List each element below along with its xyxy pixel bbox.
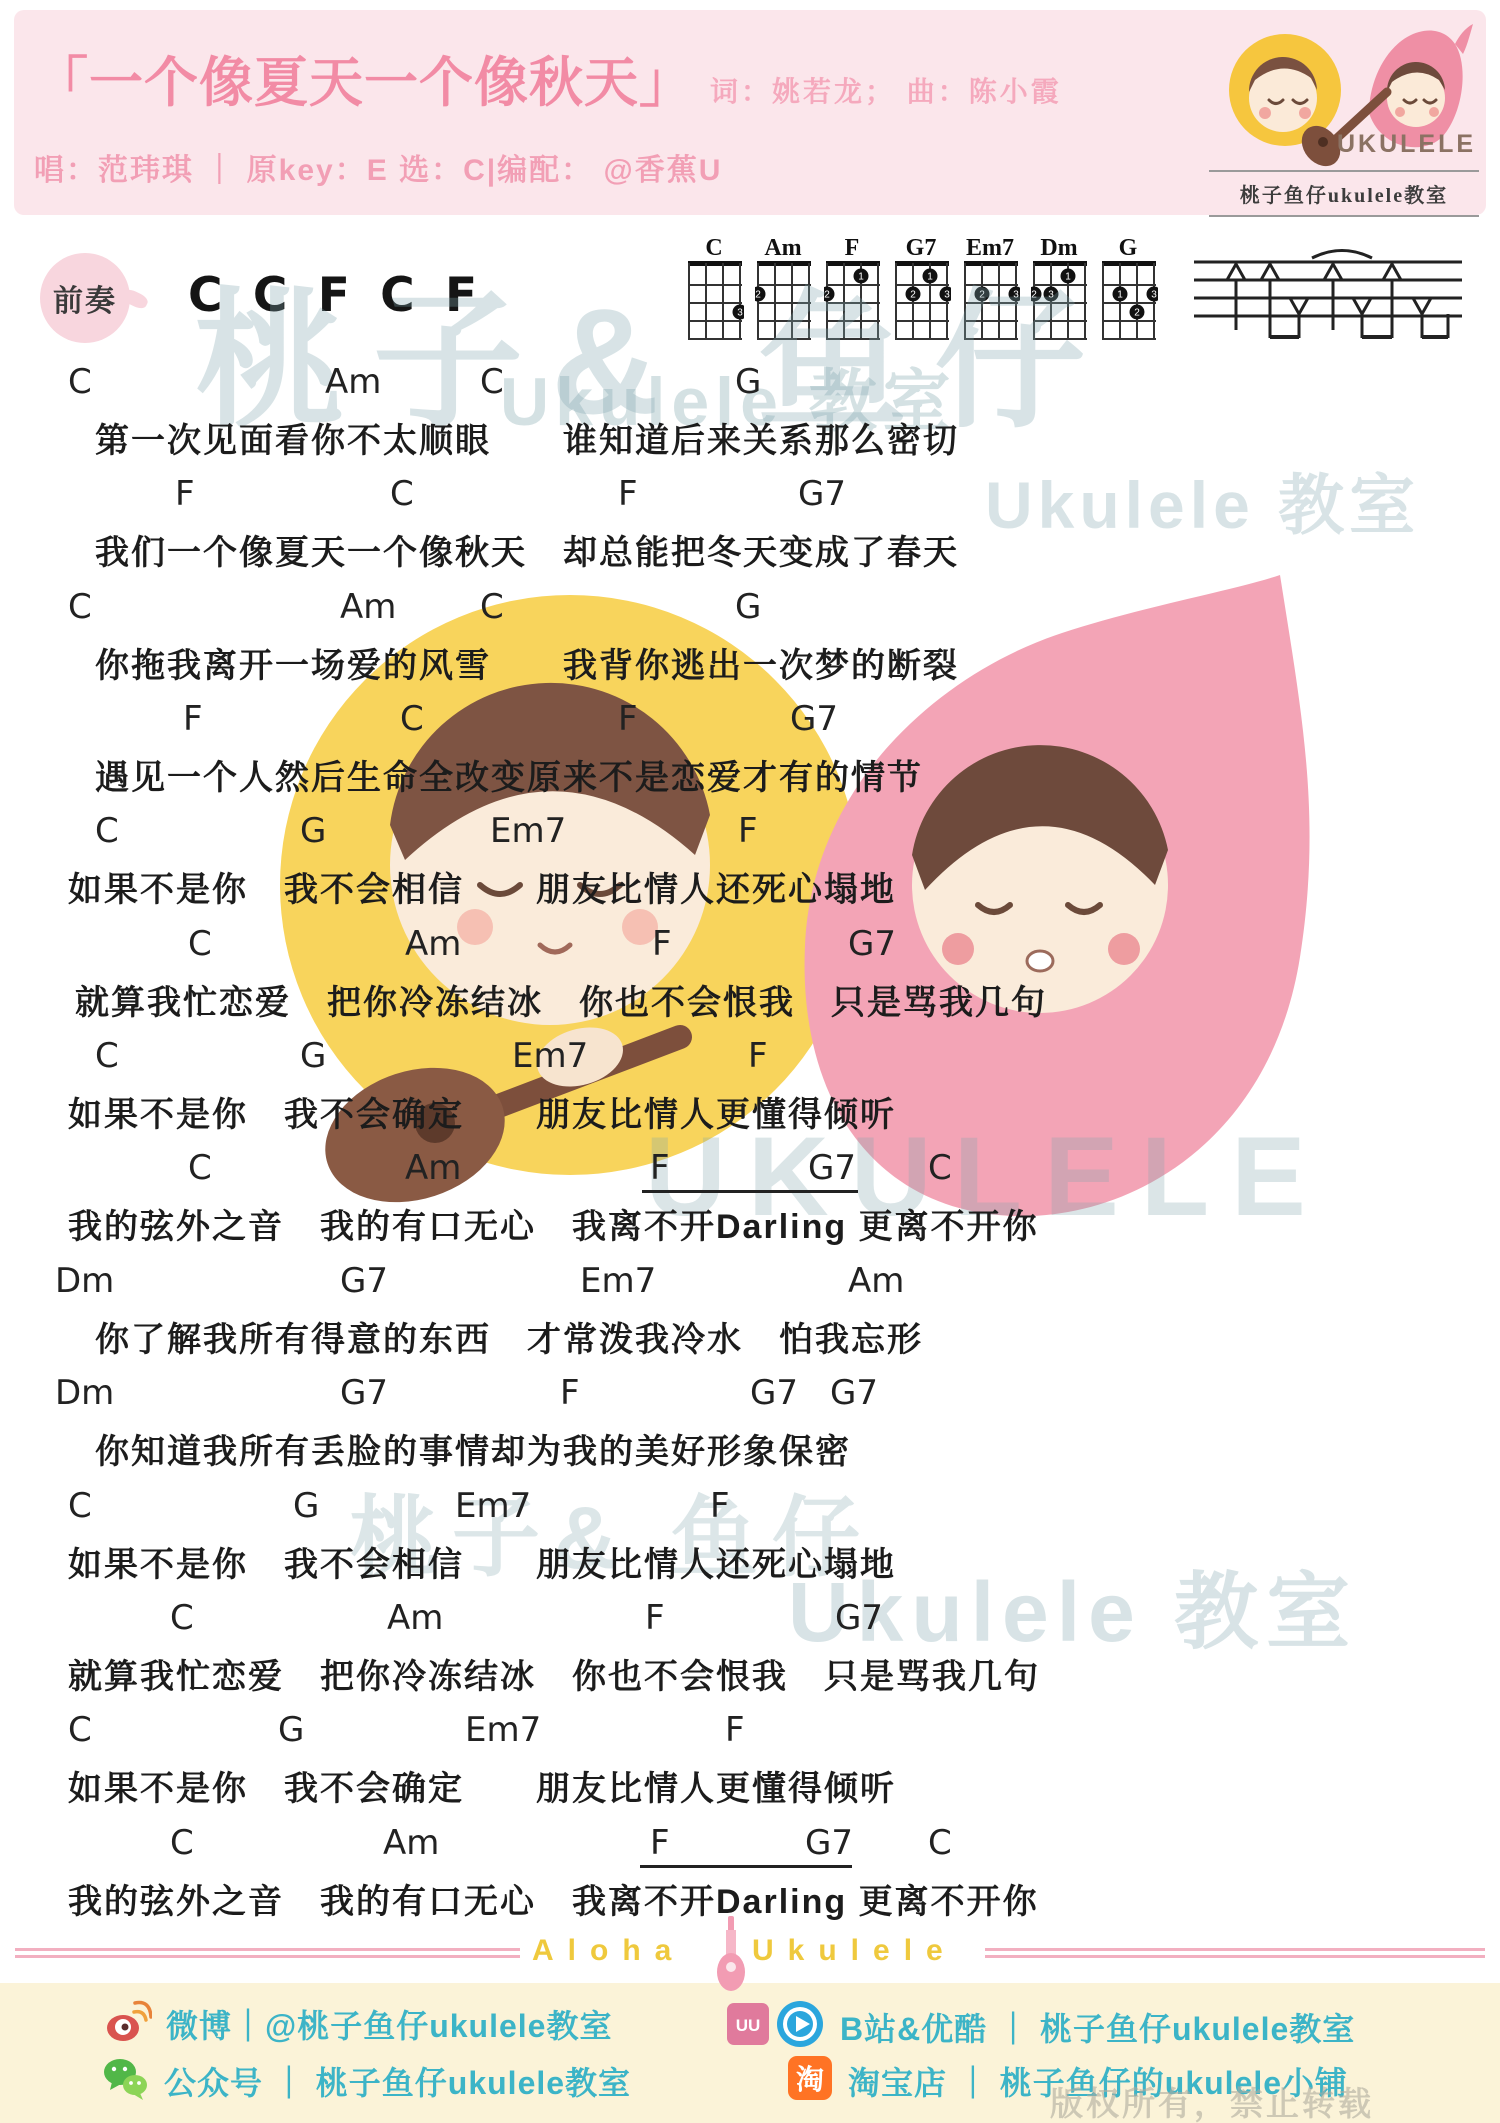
lyric-row: 如果不是你 我不会相信 朋友比情人还死心塌地 (0, 862, 1500, 910)
quick-change-underline (642, 1190, 858, 1193)
lyric-text: 我们一个像夏天一个像秋天 却总能把冬天变成了春天 (95, 525, 959, 574)
chord-label: F (738, 811, 758, 851)
lyric-text: 遇见一个人然后生命全改变原来不是恋爱才有的情节 (95, 750, 923, 799)
lyric-row: 第一次见面看你不太顺眼 谁知道后来关系那么密切 (0, 413, 1500, 461)
wechat-icon (100, 2054, 150, 2107)
lyric-text: 就算我忙恋爱 把你冷冻结冰 你也不会恨我 只是骂我几句 (68, 1649, 1040, 1698)
chord-label: Am (405, 924, 461, 964)
ukulele-text: Ukulele (752, 1934, 957, 1968)
chord-label: C (68, 1710, 92, 1750)
chord-row: CAmFG7 (0, 924, 1500, 970)
chord-label: G (735, 362, 761, 402)
chord-label: G (278, 1710, 304, 1750)
chord-row: CAmCG (0, 587, 1500, 633)
chord-label: Dm (55, 1261, 114, 1301)
lyric-text: 你知道我所有丢脸的事情却为我的美好形象保密 (95, 1424, 851, 1473)
chord-label: C (390, 474, 414, 514)
chord-label: G7 (808, 1148, 856, 1188)
chord-label: C (188, 1148, 212, 1188)
footer-link-text: B站&优酷 ｜ 桃子鱼仔ukulele教室 (840, 2004, 1355, 2050)
lyric-text: 如果不是你 我不会确定 朋友比情人更懂得倾听 (68, 1761, 896, 1810)
chord-label: C (170, 1598, 194, 1638)
lyric-row: 如果不是你 我不会确定 朋友比情人更懂得倾听 (0, 1087, 1500, 1135)
taobao-icon: 淘 (786, 2054, 834, 2107)
chord-label: F (618, 699, 638, 739)
music-app-icon: UU (726, 2002, 770, 2051)
chord-label: C (68, 362, 92, 402)
footer-link-wechat: 公众号 ｜ 桃子鱼仔ukulele教室 (100, 2054, 631, 2107)
lyric-row: 我的弦外之音 我的有口无心 我离不开Darling 更离不开你 (0, 1199, 1500, 1247)
lyric-row: 如果不是你 我不会确定 朋友比情人更懂得倾听 (0, 1761, 1500, 1809)
chord-row: CAmFG7C (0, 1148, 1500, 1194)
chord-label: Em7 (490, 811, 566, 851)
chord-label: F (748, 1036, 768, 1076)
chord-label: G (300, 1036, 326, 1076)
chord-label: Dm (55, 1373, 114, 1413)
chord-label: C (95, 1036, 119, 1076)
footer-link-text: 微博｜@桃子鱼仔ukulele教室 (166, 2001, 612, 2047)
chord-label: F (645, 1598, 665, 1638)
chord-label: Am (325, 362, 381, 402)
chord-row: FCFG7 (0, 699, 1500, 745)
chord-label: F (650, 1823, 670, 1863)
chord-label: F (652, 924, 672, 964)
chord-label: Em7 (580, 1261, 656, 1301)
copyright-watermark: 版权所有，禁止转载 (1050, 2078, 1374, 2123)
chord-label: Am (387, 1598, 443, 1638)
chord-row: DmG7FG7G7 (0, 1373, 1500, 1419)
chord-label: Am (340, 587, 396, 627)
lyric-row: 遇见一个人然后生命全改变原来不是恋爱才有的情节 (0, 750, 1500, 798)
chord-label: C (480, 362, 504, 402)
chord-label: C (188, 924, 212, 964)
chord-label: F (650, 1148, 670, 1188)
weibo-icon (104, 1998, 152, 2049)
chord-row: CAmFG7 (0, 1598, 1500, 1644)
lyric-text: 如果不是你 我不会相信 朋友比情人还死心塌地 (68, 1537, 896, 1586)
video-play-icon (774, 1998, 826, 2055)
lyric-text: 如果不是你 我不会相信 朋友比情人还死心塌地 (68, 862, 896, 911)
lyric-row: 你了解我所有得意的东西 才常泼我冷水 怕我忘形 (0, 1312, 1500, 1360)
chord-label: G (293, 1486, 319, 1526)
chord-label: F (725, 1710, 745, 1750)
chord-label: G (735, 587, 761, 627)
chord-label: C (68, 587, 92, 627)
chord-label: Em7 (465, 1710, 541, 1750)
chord-label: C (170, 1823, 194, 1863)
chord-row: CAmCG (0, 362, 1500, 408)
lyric-text: 你拖我离开一场爱的风雪 我背你逃出一次梦的断裂 (95, 638, 959, 687)
chord-label: G7 (835, 1598, 883, 1638)
chord-label: F (710, 1486, 730, 1526)
chord-label: Em7 (512, 1036, 588, 1076)
chord-label: G (300, 811, 326, 851)
lyric-row: 如果不是你 我不会相信 朋友比情人还死心塌地 (0, 1537, 1500, 1585)
lyric-text: 第一次见面看你不太顺眼 谁知道后来关系那么密切 (95, 413, 959, 462)
lyric-row: 就算我忙恋爱 把你冷冻结冰 你也不会恨我 只是骂我几句 (0, 1649, 1500, 1697)
ukulele-icon (714, 1914, 748, 1994)
chord-label: G7 (798, 474, 846, 514)
chord-label: F (618, 474, 638, 514)
lyric-text: 我的弦外之音 我的有口无心 我离不开Darling 更离不开你 (68, 1874, 1039, 1923)
lyric-text: 如果不是你 我不会确定 朋友比情人更懂得倾听 (68, 1087, 896, 1136)
svg-text:淘: 淘 (796, 2064, 824, 2095)
lyric-row: 我们一个像夏天一个像秋天 却总能把冬天变成了春天 (0, 525, 1500, 573)
chord-label: G7 (848, 924, 896, 964)
lyric-row: 你拖我离开一场爱的风雪 我背你逃出一次梦的断裂 (0, 638, 1500, 686)
chord-label: G7 (750, 1373, 798, 1413)
chord-label: C (68, 1486, 92, 1526)
chord-label: F (183, 699, 203, 739)
song-lines: CAmCG第一次见面看你不太顺眼 谁知道后来关系那么密切FCFG7我们一个像夏天… (0, 0, 1500, 2123)
chord-label: G7 (790, 699, 838, 739)
chord-label: F (175, 474, 195, 514)
footer-link-text: 公众号 ｜ 桃子鱼仔ukulele教室 (164, 2058, 631, 2104)
chord-row: CGEm7F (0, 1710, 1500, 1756)
lyric-text: 我的弦外之音 我的有口无心 我离不开Darling 更离不开你 (68, 1199, 1039, 1248)
chord-label: G7 (830, 1373, 878, 1413)
chord-row: CGEm7F (0, 1486, 1500, 1532)
chord-sheet-page: 「一个像夏天一个像秋天」词：姚若龙； 曲：陈小霞 唱：范玮琪 ｜ 原key：E … (0, 0, 1500, 2123)
chord-label: C (400, 699, 424, 739)
quick-change-underline (640, 1865, 852, 1868)
chord-label: C (928, 1148, 952, 1188)
chord-label: Em7 (455, 1486, 531, 1526)
chord-label: C (480, 587, 504, 627)
chord-row: FCFG7 (0, 474, 1500, 520)
chord-row: CGEm7F (0, 1036, 1500, 1082)
lyric-row: 我的弦外之音 我的有口无心 我离不开Darling 更离不开你 (0, 1874, 1500, 1922)
chord-row: DmG7Em7Am (0, 1261, 1500, 1307)
chord-label: G7 (340, 1373, 388, 1413)
chord-label: F (560, 1373, 580, 1413)
svg-text:UU: UU (736, 2016, 761, 2035)
chord-row: CGEm7F (0, 811, 1500, 857)
lyric-row: 就算我忙恋爱 把你冷冻结冰 你也不会恨我 只是骂我几句 (0, 975, 1500, 1023)
chord-label: Am (848, 1261, 904, 1301)
lyric-row: 你知道我所有丢脸的事情却为我的美好形象保密 (0, 1424, 1500, 1472)
chord-row: CAmFG7C (0, 1823, 1500, 1869)
chord-label: G7 (805, 1823, 853, 1863)
aloha-text: Aloha (532, 1934, 685, 1968)
chord-label: C (928, 1823, 952, 1863)
footer-link-video: B站&优酷 ｜ 桃子鱼仔ukulele教室 (774, 1998, 1355, 2055)
lyric-text: 你了解我所有得意的东西 才常泼我冷水 怕我忘形 (95, 1312, 923, 1361)
footer-link-weibo: 微博｜@桃子鱼仔ukulele教室 (104, 1998, 612, 2049)
chord-label: Am (405, 1148, 461, 1188)
lyric-text: 就算我忙恋爱 把你冷冻结冰 你也不会恨我 只是骂我几句 (75, 975, 1047, 1024)
chord-label: C (95, 811, 119, 851)
chord-label: G7 (340, 1261, 388, 1301)
chord-label: Am (383, 1823, 439, 1863)
